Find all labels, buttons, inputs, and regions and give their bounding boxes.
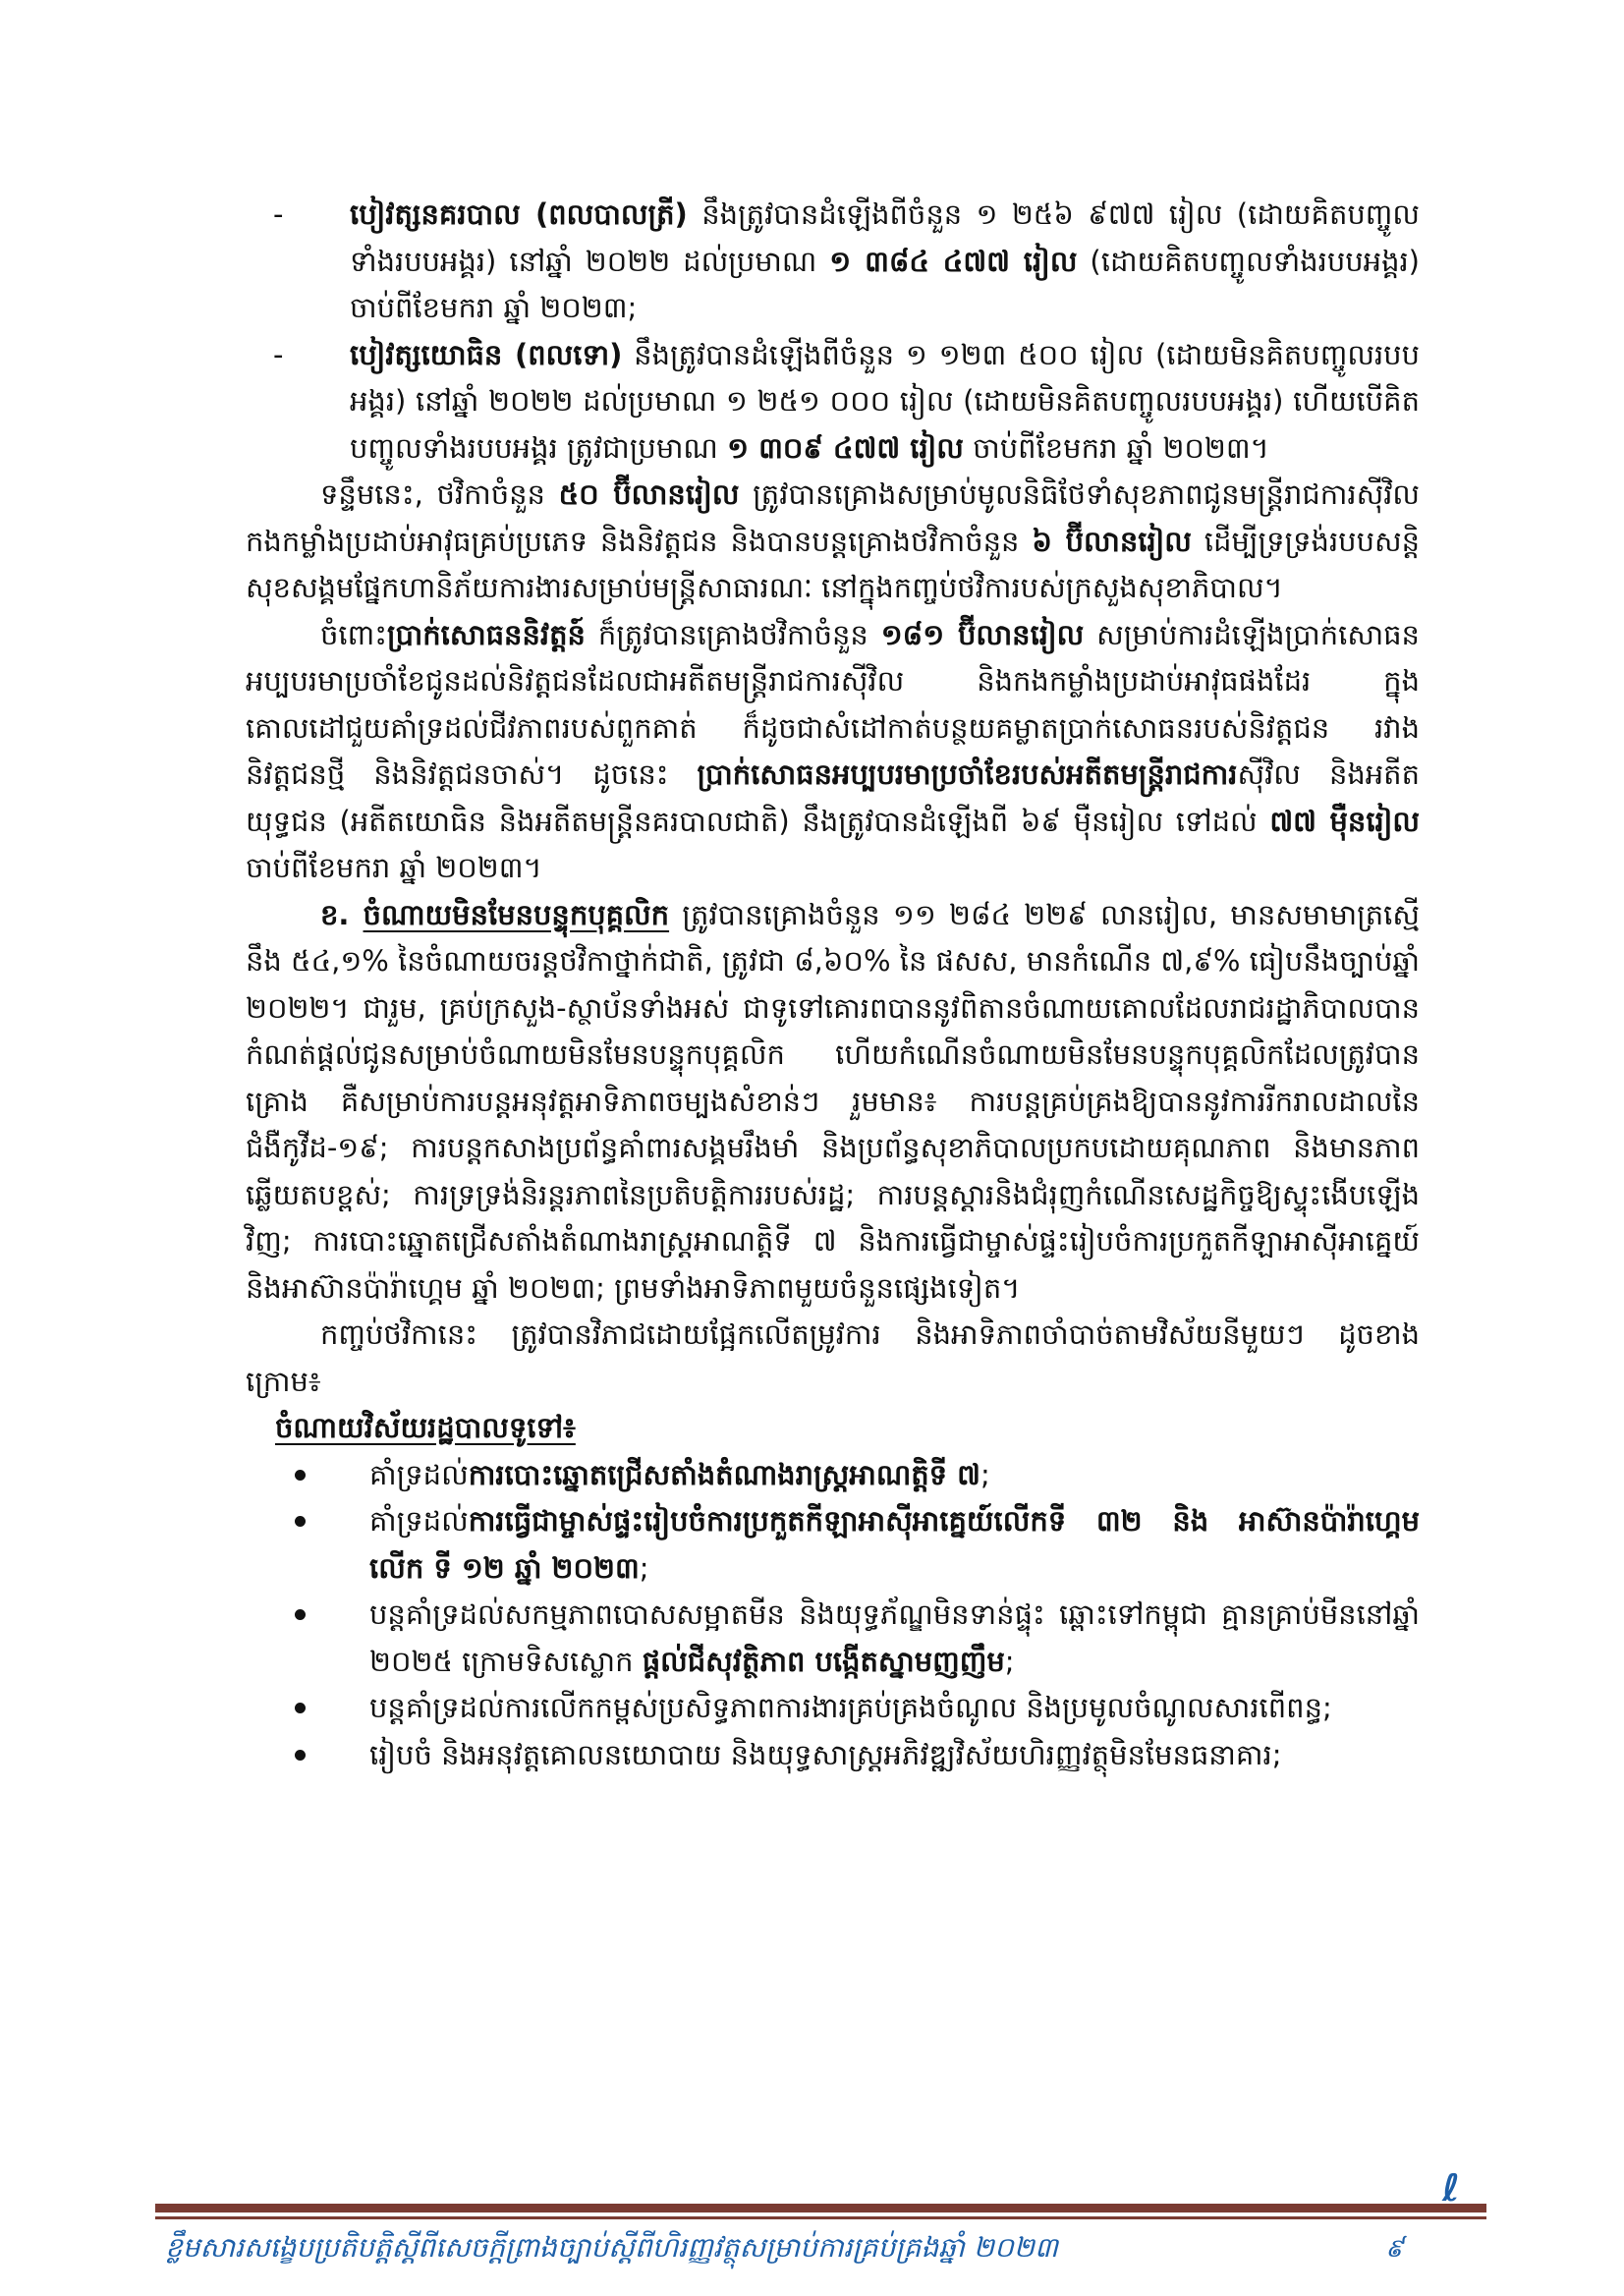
- police-salary-item: - បៀវត្សនគរបាល (ពលបាលត្រី) នឹងត្រូវបានដំ…: [275, 192, 1420, 332]
- text-run: ចំពោះ: [320, 618, 387, 651]
- sector-heading-text: ចំណាយវិស័យរដ្ឋបាលទូទៅ៖: [275, 1411, 576, 1444]
- new-pension-amount: ៧៧ ម៉ឺនរៀល: [1269, 805, 1420, 838]
- page-number: ៩: [1385, 2232, 1403, 2269]
- text-run: គាំទ្រដល់: [369, 1504, 469, 1538]
- text-run: ចាប់ពីខែមករា ឆ្នាំ ២០២៣។: [246, 851, 542, 884]
- text-run: ទន្ទឹមនេះ, ថវិកាចំនួន: [320, 477, 559, 511]
- text-run: រៀបចំ និងអនុវត្តគោលនយោបាយ និងយុទ្ធសាស្ត្…: [369, 1738, 1282, 1771]
- list-item: គាំទ្រដល់ការបោះឆ្នោតជ្រើសតាំងតំណាងរាស្ត្…: [295, 1452, 1420, 1499]
- text-run: ;: [640, 1551, 649, 1585]
- allocation-paragraph: កញ្ចប់ថវិកានេះ ត្រូវបានវិភាជដោយផ្អែកលើតម…: [246, 1312, 1420, 1405]
- text-run: បន្តគាំទ្រដល់ការលើកកម្ពស់ប្រសិទ្ធភាពការង…: [369, 1691, 1332, 1724]
- text-run: ;: [980, 1458, 990, 1491]
- dash-bullet: -: [273, 332, 283, 379]
- text-run: គាំទ្រដល់: [369, 1458, 469, 1491]
- social-security-amount: ៦ ប៊ីលានរៀល: [1032, 525, 1192, 558]
- list-item: គាំទ្រដល់ការធ្វើជាម្ចាស់ផ្ទះរៀបចំការប្រក…: [295, 1498, 1420, 1592]
- sector-heading: ចំណាយវិស័យរដ្ឋបាលទូទៅ៖: [275, 1405, 1420, 1452]
- health-fund-paragraph: ទន្ទឹមនេះ, ថវិកាចំនួន ៥០ ប៊ីលានរៀល ត្រូវ…: [246, 472, 1420, 612]
- police-salary-amount: ១ ៣៨៤ ៤៧៧ រៀល: [829, 245, 1077, 278]
- sector-bullet-list: គាំទ្រដល់ការបោះឆ្នោតជ្រើសតាំងតំណាងរាស្ត្…: [246, 1452, 1420, 1779]
- bold-run: ផ្តល់ជីសុវត្ថិភាព បង្កើតស្នាមញញឹម: [643, 1645, 1005, 1678]
- bullet-dot-icon: [295, 1750, 306, 1761]
- text-run: ក៏ត្រូវបានគ្រោងថវិកាចំនួន: [586, 618, 881, 651]
- minimum-pension-term: ប្រាក់សោធនអប្បបរមាប្រចាំខែរបស់អតីតមន្ត្រ…: [698, 757, 1238, 791]
- military-salary-item: - បៀវត្សយោធិន (ពលទោ) នឹងត្រូវបានដំឡើងពីច…: [275, 332, 1420, 473]
- text-run: ;: [1005, 1645, 1015, 1678]
- document-page: - បៀវត្សនគរបាល (ពលបាលត្រី) នឹងត្រូវបានដំ…: [0, 0, 1624, 2296]
- non-wage-heading: ចំណាយមិនមែនបន្ទុកបុគ្គលិក: [364, 898, 670, 931]
- footer-rule-thin: [155, 2216, 1486, 2219]
- military-salary-amount: ១ ៣០៩ ៤៧៧ រៀល: [727, 431, 964, 465]
- military-salary-text-end: ចាប់ពីខែមករា ឆ្នាំ ២០២៣។: [964, 431, 1269, 465]
- bold-run: ការបោះឆ្នោតជ្រើសតាំងតំណាងរាស្ត្រអាណត្តិទ…: [469, 1458, 980, 1491]
- list-item: រៀបចំ និងអនុវត្តគោលនយោបាយ និងយុទ្ធសាស្ត្…: [295, 1732, 1420, 1779]
- text-run: ត្រូវបានគ្រោងចំនួន ១១ ២៨៤ ២២៩ លានរៀល, មា…: [246, 898, 1420, 1305]
- pension-paragraph: ចំពោះប្រាក់សោធននិវត្តន៍ ក៏ត្រូវបានគ្រោងថ…: [246, 612, 1420, 892]
- non-wage-paragraph: ខ. ចំណាយមិនមែនបន្ទុកបុគ្គលិក ត្រូវបានគ្រ…: [246, 892, 1420, 1313]
- health-fund-amount: ៥០ ប៊ីលានរៀល: [559, 477, 740, 511]
- bullet-dot-icon: [295, 1516, 306, 1527]
- section-number: ខ.: [320, 898, 364, 931]
- bullet-dot-icon: [295, 1703, 306, 1713]
- dash-bullet: -: [273, 192, 283, 239]
- bullet-dot-icon: [295, 1609, 306, 1620]
- footer-rule: [155, 2204, 1486, 2212]
- police-salary-label: បៀវត្សនគរបាល (ពលបាលត្រី): [350, 197, 688, 231]
- pension-amount: ១៨១ ប៊ីលានរៀល: [881, 618, 1085, 651]
- pension-term: ប្រាក់សោធននិវត្តន៍: [387, 618, 586, 651]
- list-item: បន្តគាំទ្រដល់ការលើកកម្ពស់ប្រសិទ្ធភាពការង…: [295, 1685, 1420, 1732]
- bold-run: ការធ្វើជាម្ចាស់ផ្ទះរៀបចំការប្រកួតកីឡាអាស…: [369, 1504, 1420, 1585]
- bullet-dot-icon: [295, 1470, 306, 1481]
- list-item: បន្តគាំទ្រដល់សកម្មភាពបោសសម្អាតមីន និងយុទ…: [295, 1592, 1420, 1685]
- document-body: - បៀវត្សនគរបាល (ពលបាលត្រី) នឹងត្រូវបានដំ…: [246, 192, 1420, 1778]
- military-salary-label: បៀវត្សយោធិន (ពលទោ): [350, 338, 622, 371]
- footer-title: ខ្លឹមសារសង្ខេបប្រតិបត្តិស្តីពីសេចក្តីព្រ…: [165, 2230, 1058, 2270]
